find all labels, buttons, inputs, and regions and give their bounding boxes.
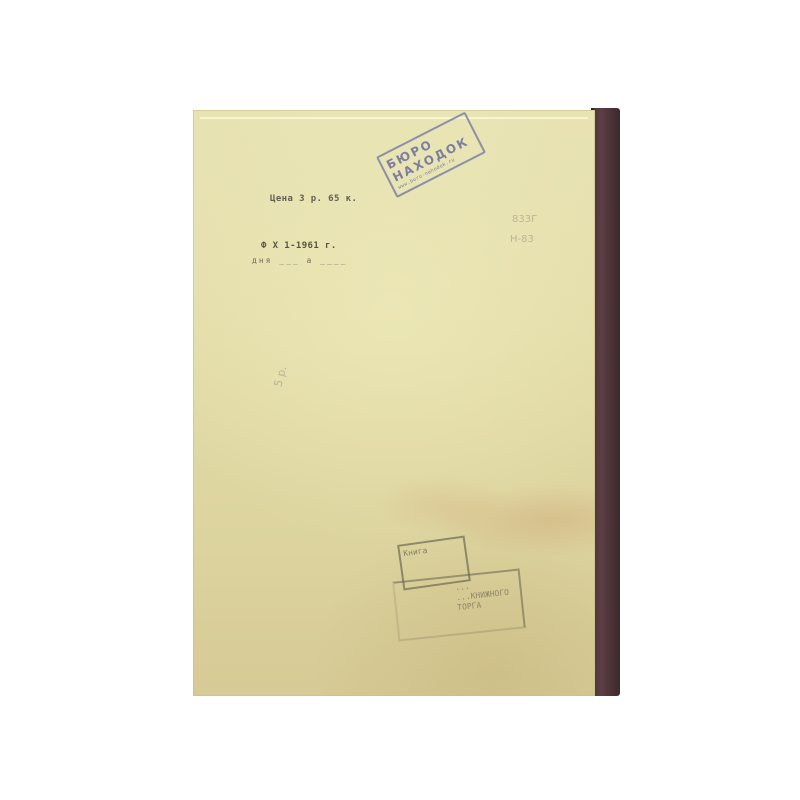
pencil-note: 833Г <box>512 214 537 225</box>
price-label: Цена 3 р. 65 к. <box>270 194 357 204</box>
catalog-code: Ф Х 1-1961 г. <box>261 241 337 251</box>
stamp-text: Книга <box>403 546 428 558</box>
book: Цена 3 р. 65 к. Ф Х 1-1961 г. дня ___ а … <box>0 0 800 800</box>
catalog-code-line2: дня ___ а ____ <box>252 256 347 265</box>
pencil-note: Н-83 <box>510 234 534 245</box>
cover-top-edge <box>200 117 588 119</box>
book-spine <box>591 108 620 696</box>
